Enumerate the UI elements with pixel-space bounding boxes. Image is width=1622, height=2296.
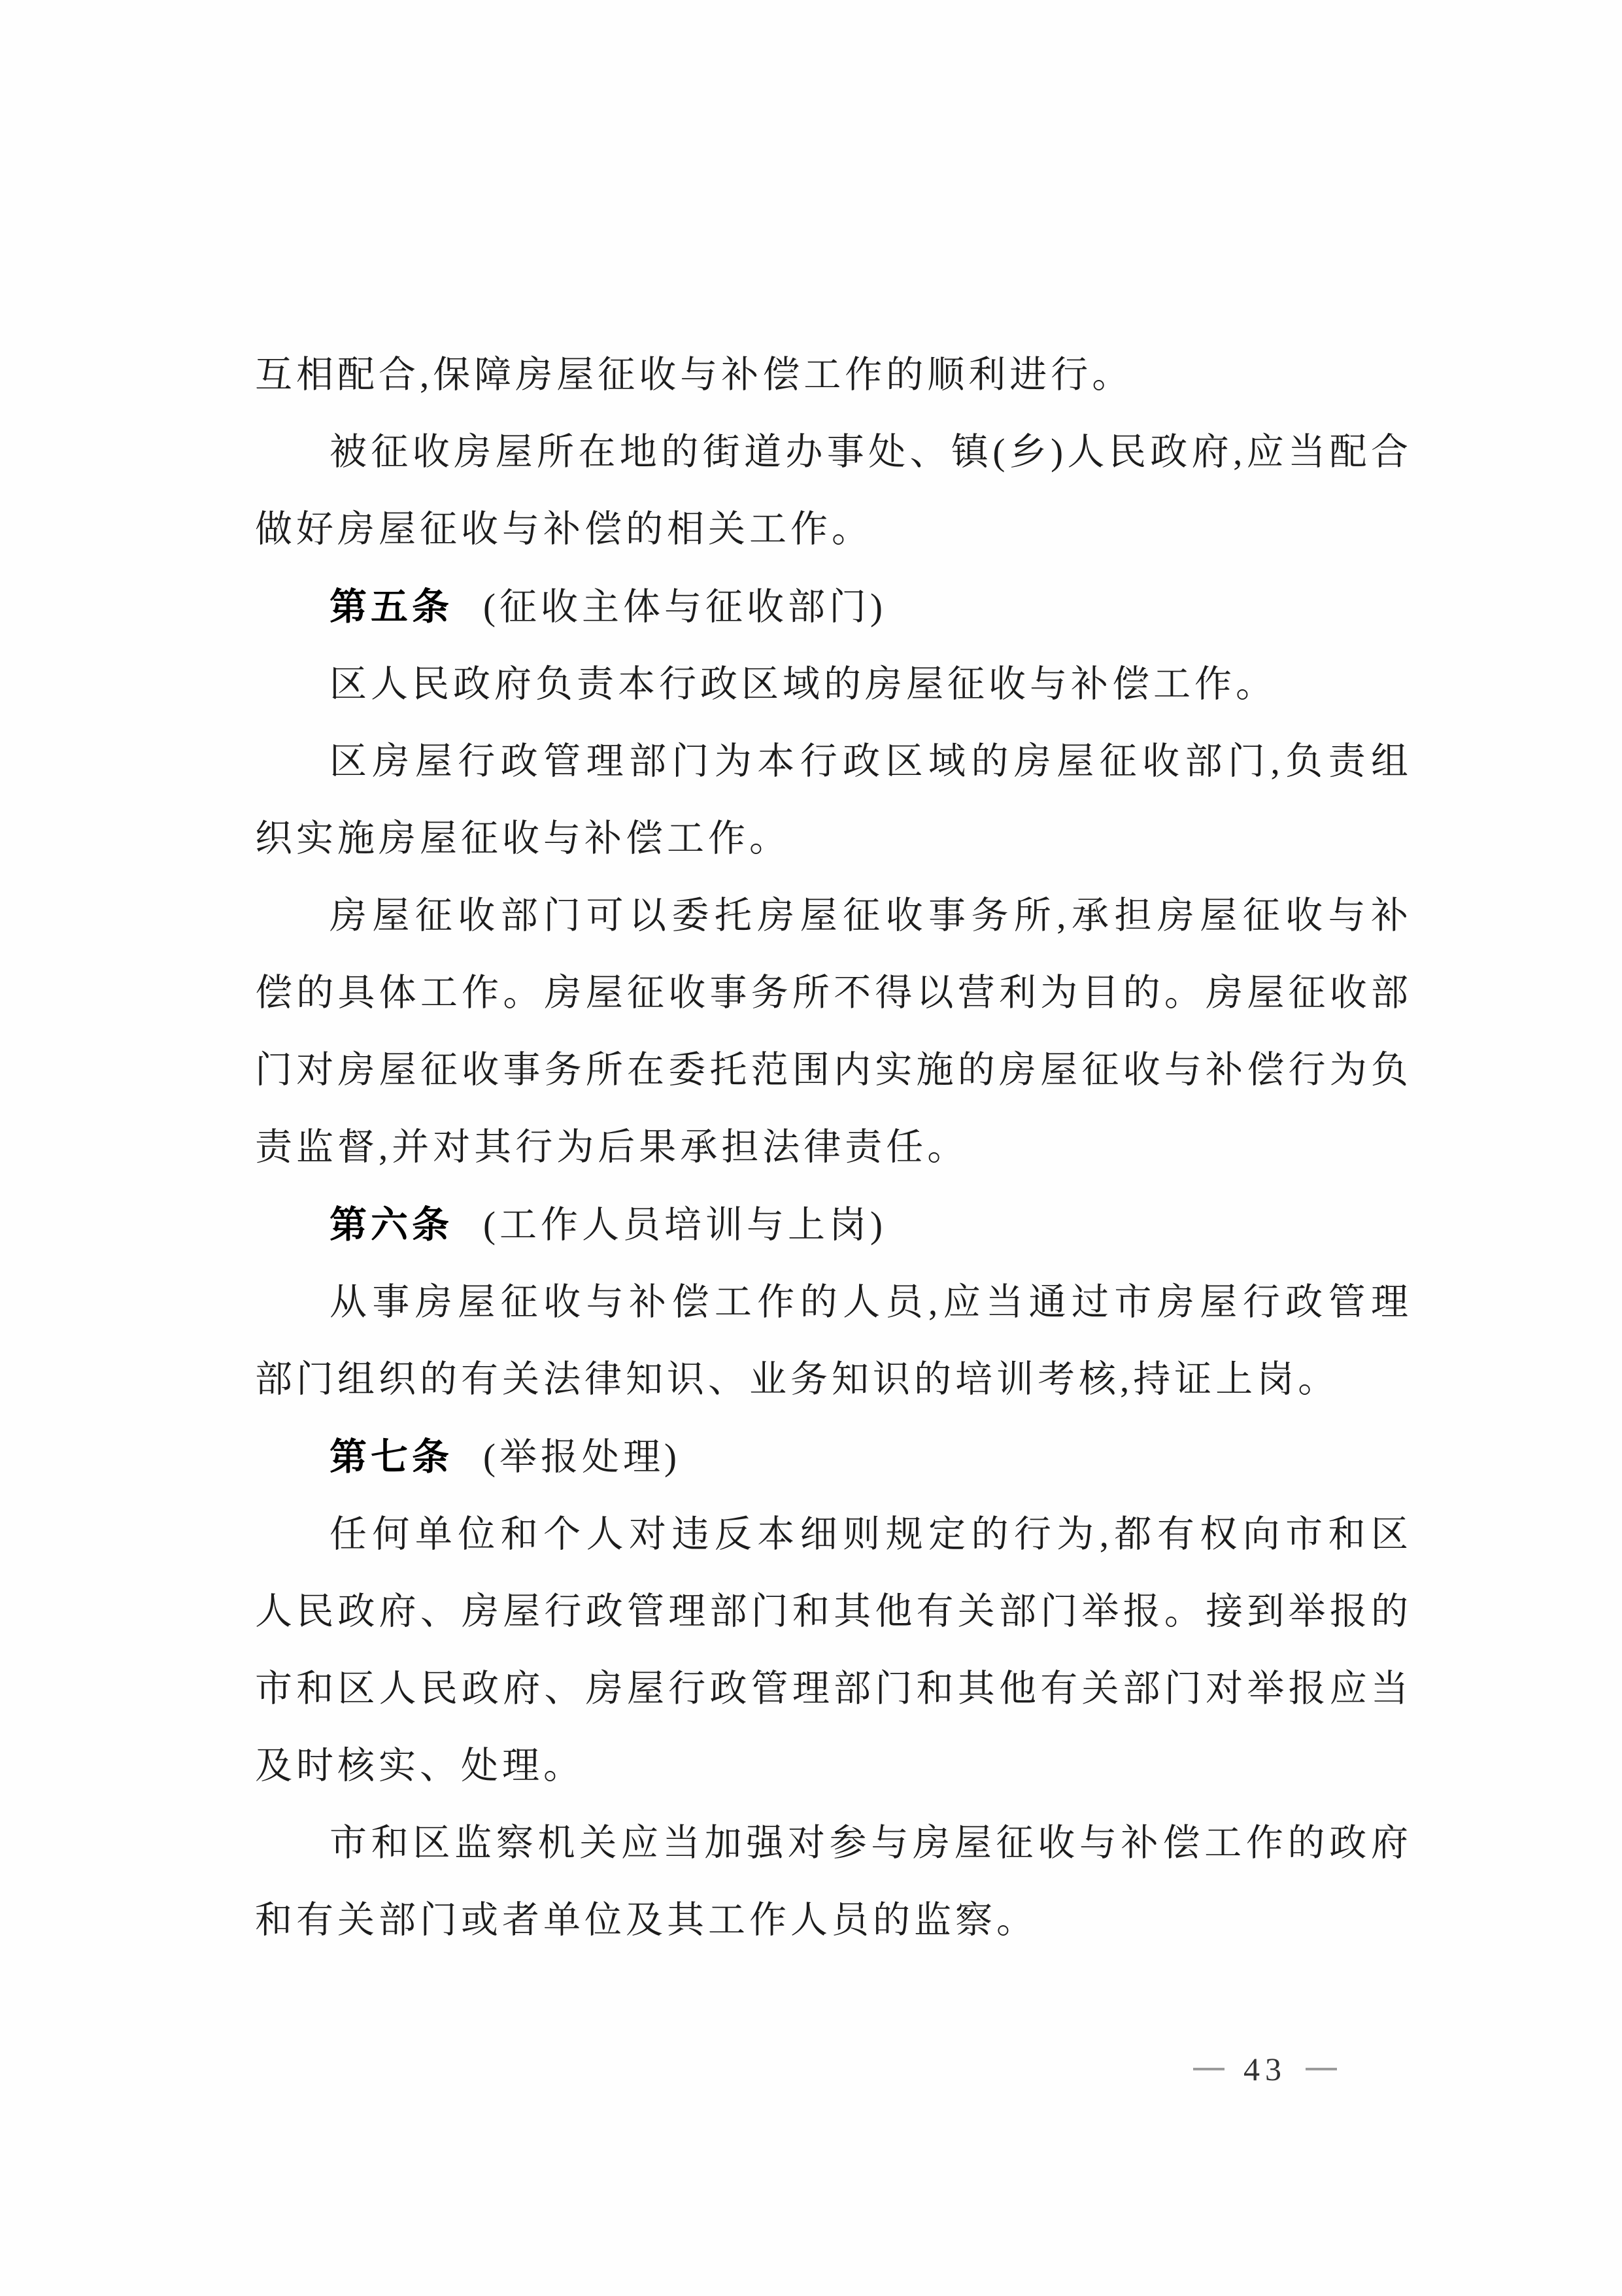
article-7-heading: 第七条(举报处理) [255,1418,1412,1496]
page-number-dash-left [1193,2068,1225,2070]
paragraph: 区人民政府负责本行政区域的房屋征收与补偿工作。 [255,646,1412,723]
article-7-title: (举报处理) [483,1437,681,1478]
paragraph: 任何单位和个人对违反本细则规定的行为,都有权向市和区人民政府、房屋行政管理部门和… [255,1496,1412,1805]
paragraph: 市和区监察机关应当加强对参与房屋征收与补偿工作的政府和有关部门或者单位及其工作人… [255,1805,1412,1959]
paragraph: 被征收房屋所在地的街道办事处、镇(乡)人民政府,应当配合做好房屋征收与补偿的相关… [255,414,1412,568]
article-6-heading: 第六条(工作人员培训与上岗) [255,1186,1412,1264]
document-body: 互相配合,保障房屋征收与补偿工作的顺利进行。 被征收房屋所在地的街道办事处、镇(… [255,337,1412,1959]
article-7-number: 第七条 [329,1436,453,1478]
article-6-number: 第六条 [329,1204,453,1246]
paragraph-continuation: 互相配合,保障房屋征收与补偿工作的顺利进行。 [255,337,1412,414]
article-5-title: (征收主体与征收部门) [483,587,887,628]
article-5-number: 第五条 [329,586,453,628]
page-number: 43 [1243,2050,1287,2088]
page-number-dash-right [1306,2068,1337,2070]
paragraph: 区房屋行政管理部门为本行政区域的房屋征收部门,负责组织实施房屋征收与补偿工作。 [255,723,1412,878]
paragraph: 从事房屋征收与补偿工作的人员,应当通过市房屋行政管理部门组织的有关法律知识、业务… [255,1264,1412,1418]
document-page: 互相配合,保障房屋征收与补偿工作的顺利进行。 被征收房屋所在地的街道办事处、镇(… [0,0,1622,2296]
paragraph: 房屋征收部门可以委托房屋征收事务所,承担房屋征收与补偿的具体工作。房屋征收事务所… [255,878,1412,1186]
article-5-heading: 第五条(征收主体与征收部门) [255,568,1412,646]
page-footer: 43 [1193,2049,1337,2089]
article-6-title: (工作人员培训与上岗) [483,1205,887,1246]
